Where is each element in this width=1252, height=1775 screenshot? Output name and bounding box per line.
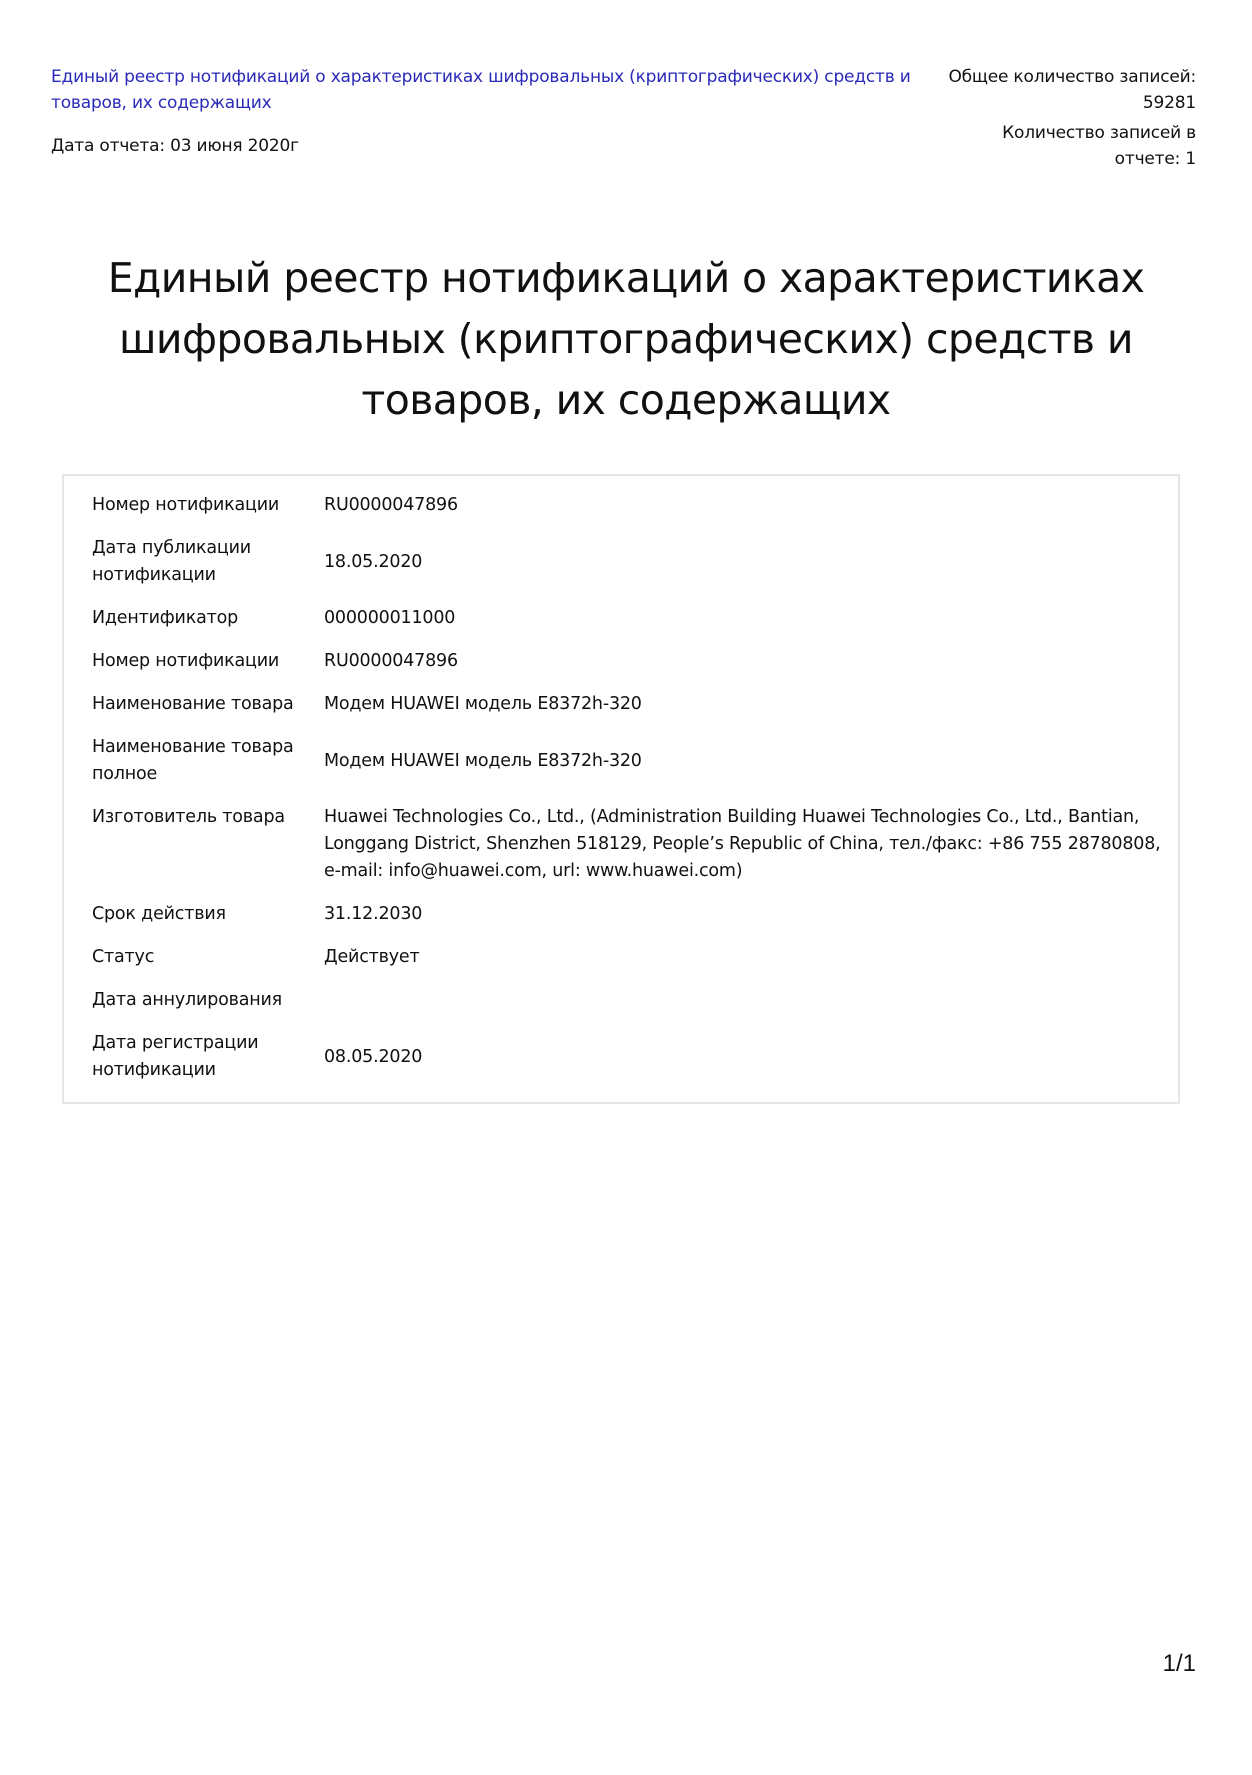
record-row: Идентификатор000000011000 [92,605,1162,648]
field-value: Модем HUAWEI модель E8372h-320 [324,734,1162,804]
field-label: Наименование товара полное [92,734,324,804]
field-value: Huawei Technologies Co., Ltd., (Administ… [324,804,1162,901]
total-records-label: Общее количество записей: [948,67,1196,87]
page-title: Единый реестр нотификаций о характеристи… [80,248,1172,431]
record-row: Наименование товара полноеМодем HUAWEI м… [92,734,1162,804]
report-records: Количество записей вотчете: 1 [906,120,1196,172]
record-row: Дата аннулирования [92,987,1162,1030]
total-records-value: 59281 [1143,93,1196,113]
field-value: 31.12.2030 [324,901,1162,944]
report-records-value: 1 [1185,149,1196,169]
field-label: Статус [92,944,324,987]
record-counts: Общее количество записей: 59281 Количест… [906,64,1196,176]
field-label: Изготовитель товара [92,804,324,901]
field-value: RU0000047896 [324,492,1162,535]
field-label: Идентификатор [92,605,324,648]
record-row: Изготовитель товараHuawei Technologies C… [92,804,1162,901]
field-label: Наименование товара [92,691,324,734]
field-value: 18.05.2020 [324,535,1162,605]
record-row: Дата регистрации нотификации08.05.2020 [92,1030,1162,1100]
report-records-label: Количество записей вотчете: [1002,123,1196,169]
field-label: Номер нотификации [92,492,324,535]
record-row: Номер нотификацииRU0000047896 [92,648,1162,691]
field-value: Модем HUAWEI модель E8372h-320 [324,691,1162,734]
record-row: СтатусДействует [92,944,1162,987]
field-label: Дата аннулирования [92,987,324,1030]
report-date-value: 03 июня 2020г [170,136,299,156]
report-date-label: Дата отчета: [51,136,165,156]
record-card: Номер нотификацииRU0000047896Дата публик… [62,474,1180,1104]
field-label: Номер нотификации [92,648,324,691]
field-value: 08.05.2020 [324,1030,1162,1100]
total-records: Общее количество записей: 59281 [906,64,1196,116]
page-indicator: 1/1 [1163,1650,1196,1678]
record-row: Номер нотификацииRU0000047896 [92,492,1162,535]
field-value: 000000011000 [324,605,1162,648]
registry-header-link[interactable]: Единый реестр нотификаций о характеристи… [51,64,921,116]
report-date: Дата отчета: 03 июня 2020г [51,133,299,159]
record-row: Срок действия31.12.2030 [92,901,1162,944]
record-row: Дата публикации нотификации18.05.2020 [92,535,1162,605]
field-label: Срок действия [92,901,324,944]
record-table: Номер нотификацииRU0000047896Дата публик… [92,492,1162,1100]
record-row: Наименование товараМодем HUAWEI модель E… [92,691,1162,734]
field-label: Дата публикации нотификации [92,535,324,605]
field-value: RU0000047896 [324,648,1162,691]
field-value: Действует [324,944,1162,987]
field-label: Дата регистрации нотификации [92,1030,324,1100]
field-value [324,987,1162,1030]
